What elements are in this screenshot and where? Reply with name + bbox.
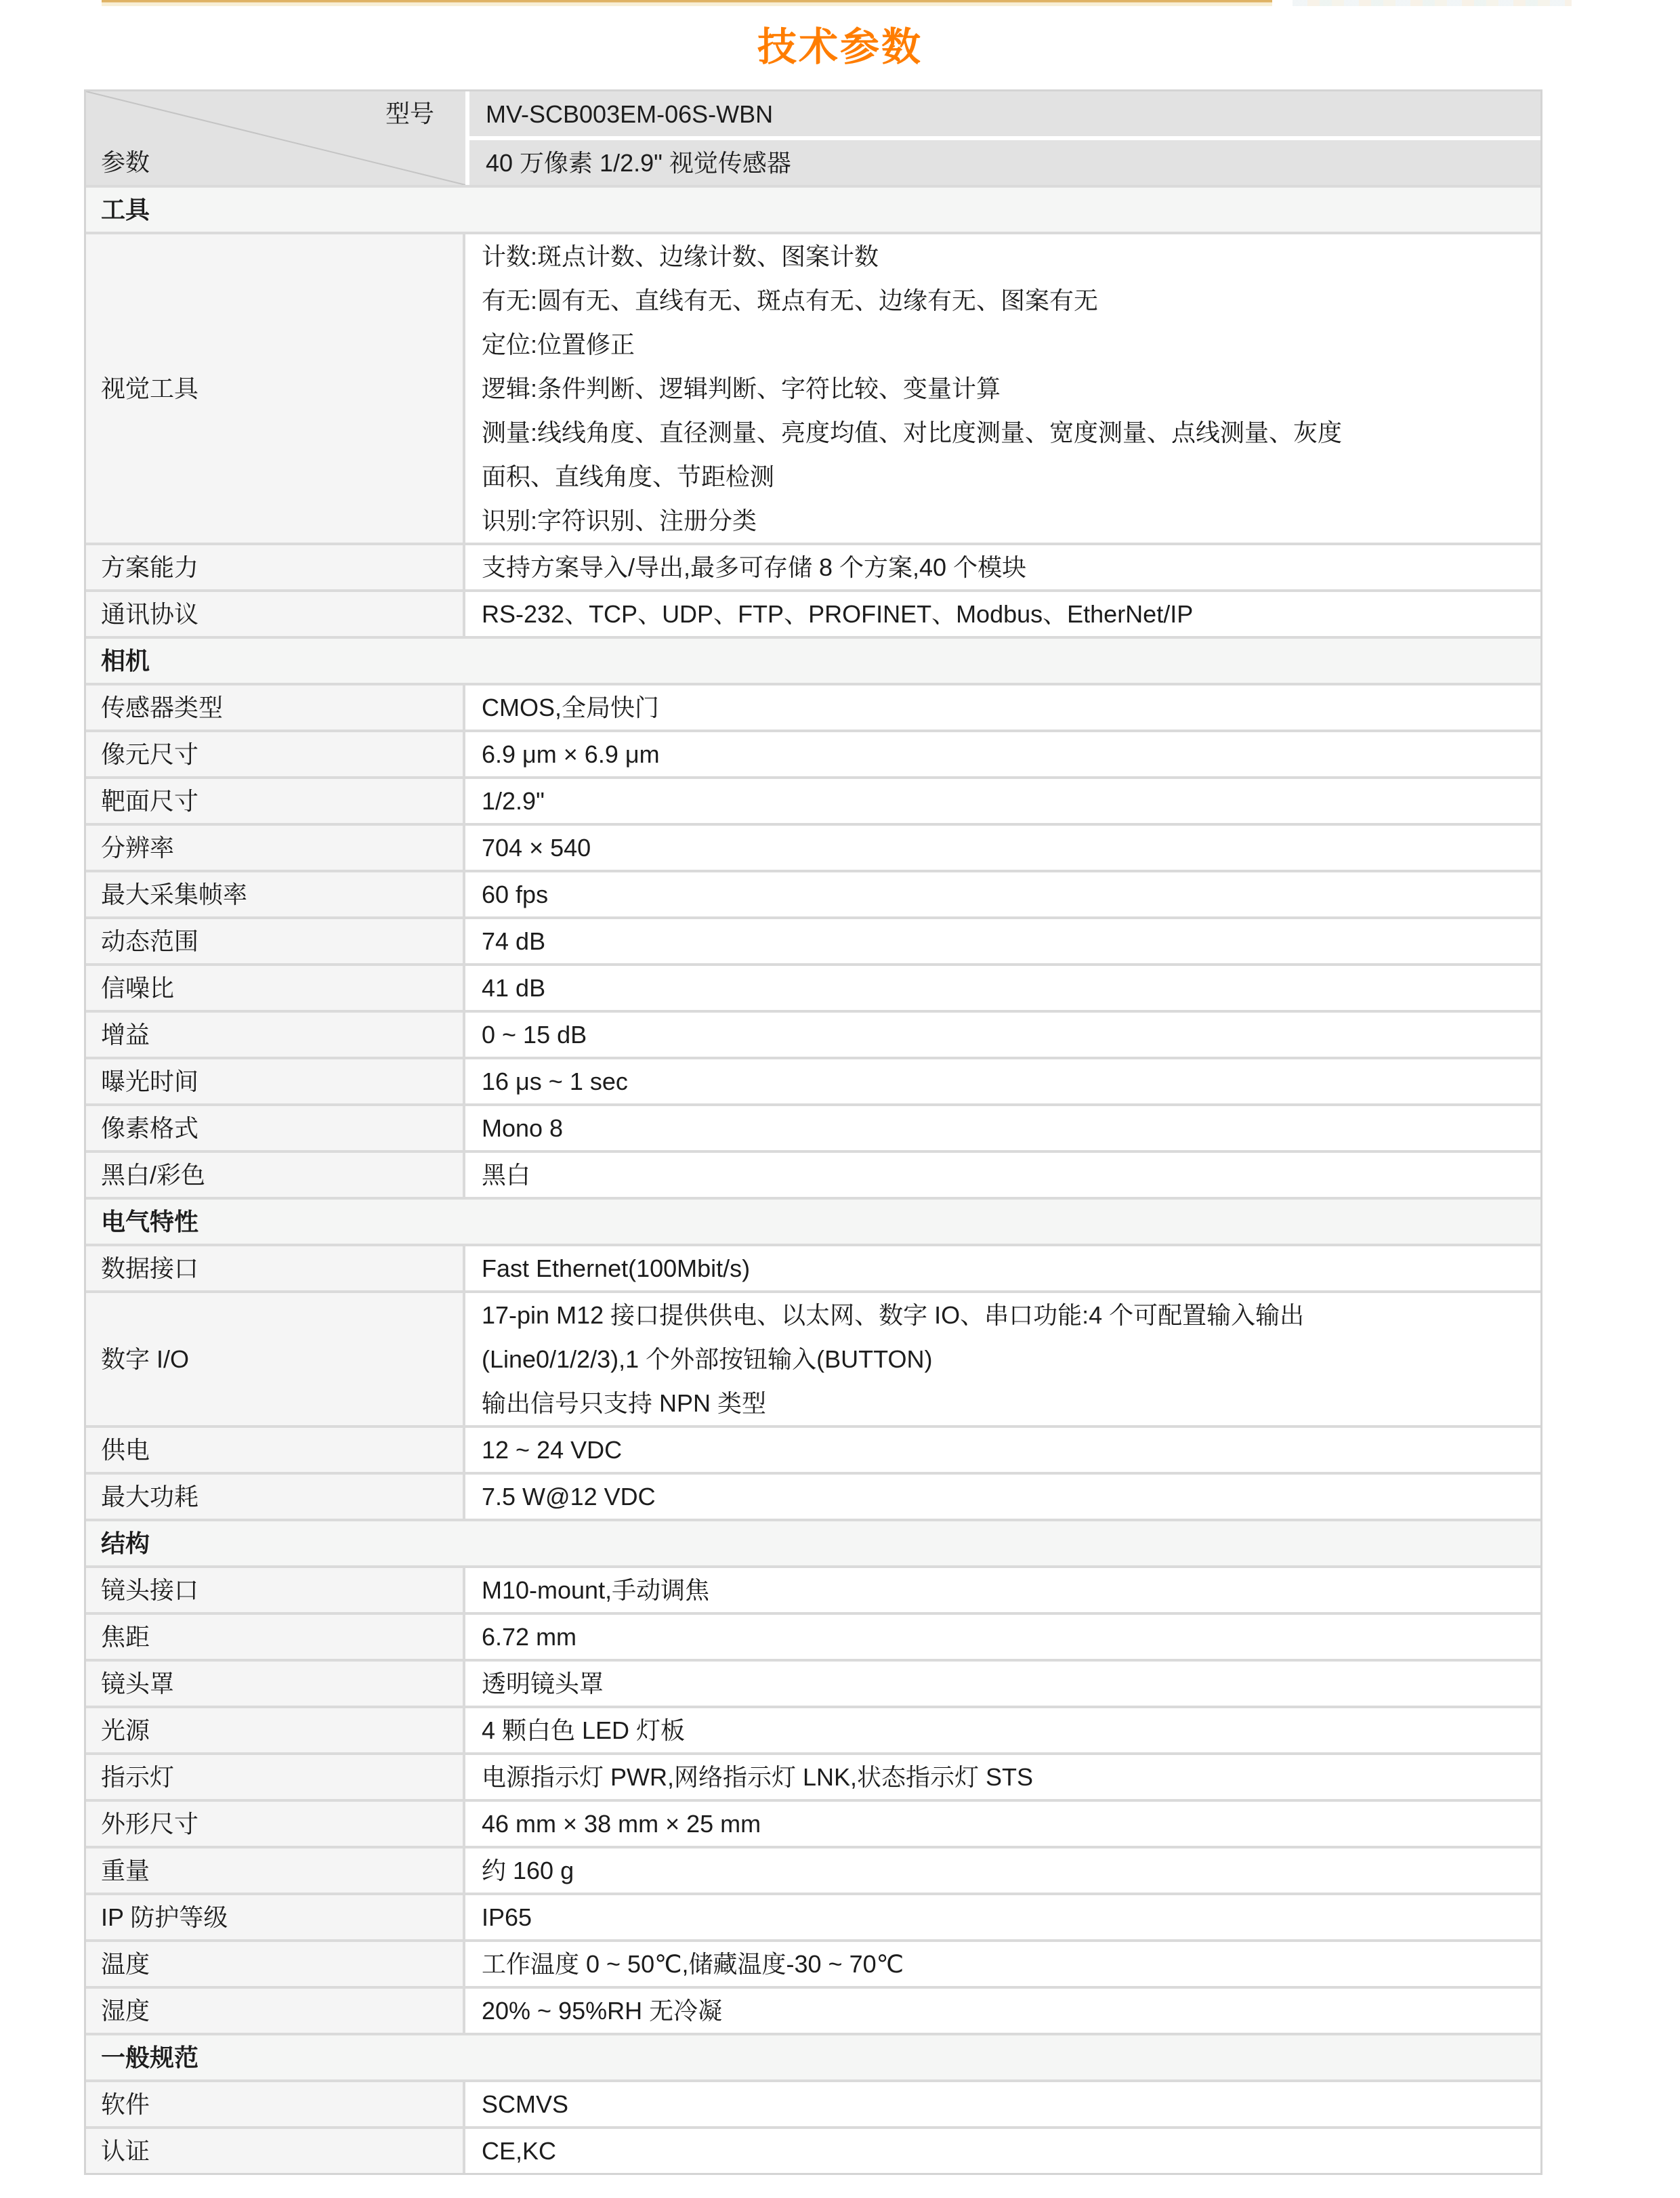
spec-value: 工作温度 0 ~ 50℃,储藏温度-30 ~ 70℃ <box>465 1942 1540 1986</box>
spec-value: 74 dB <box>465 919 1540 963</box>
spec-value: 41 dB <box>465 966 1540 1010</box>
table-row: 分辨率 704 × 540 <box>86 823 1540 870</box>
spec-label: 最大采集帧率 <box>86 872 465 916</box>
spec-label: 指示灯 <box>86 1755 465 1799</box>
spec-label: 曝光时间 <box>86 1059 465 1103</box>
table-row: 像元尺寸 6.9 μm × 6.9 μm <box>86 730 1540 776</box>
spec-table: 型号 参数 MV-SCB003EM-06S-WBN 40 万像素 1/2.9" … <box>84 89 1542 2175</box>
spec-value: 0 ~ 15 dB <box>465 1013 1540 1057</box>
spec-value: CE,KC <box>465 2129 1540 2173</box>
spec-value: 1/2.9" <box>465 779 1540 823</box>
section-header-electrical: 电气特性 <box>86 1197 1540 1244</box>
spec-value: M10-mount,手动调焦 <box>465 1568 1540 1612</box>
table-header: 型号 参数 MV-SCB003EM-06S-WBN 40 万像素 1/2.9" … <box>86 91 1540 185</box>
model-number: MV-SCB003EM-06S-WBN <box>469 91 1540 136</box>
spec-label: 传感器类型 <box>86 685 465 730</box>
section-header-camera: 相机 <box>86 636 1540 683</box>
spec-value: 704 × 540 <box>465 826 1540 870</box>
spec-label: 重量 <box>86 1848 465 1893</box>
spec-label: 软件 <box>86 2082 465 2126</box>
spec-value: 6.9 μm × 6.9 μm <box>465 732 1540 776</box>
table-row: 数据接口 Fast Ethernet(100Mbit/s) <box>86 1244 1540 1290</box>
spec-value: CMOS,全局快门 <box>465 685 1540 730</box>
table-row: 重量 约 160 g <box>86 1846 1540 1893</box>
table-row: 通讯协议 RS-232、TCP、UDP、FTP、PROFINET、Modbus、… <box>86 589 1540 636</box>
table-row: 湿度 20% ~ 95%RH 无冷凝 <box>86 1986 1540 2033</box>
table-row: 数字 I/O 17-pin M12 接口提供供电、以太网、数字 IO、串口功能:… <box>86 1290 1540 1425</box>
spec-label: 视觉工具 <box>86 234 465 543</box>
spec-label: 数据接口 <box>86 1246 465 1290</box>
header-diagonal-cell: 型号 参数 <box>86 91 465 185</box>
table-row: 曝光时间 16 μs ~ 1 sec <box>86 1057 1540 1103</box>
spec-value: 20% ~ 95%RH 无冷凝 <box>465 1989 1540 2033</box>
table-row: 最大功耗 7.5 W@12 VDC <box>86 1472 1540 1519</box>
page-title: 技术参数 <box>0 0 1680 72</box>
spec-label: 信噪比 <box>86 966 465 1010</box>
spec-value: 6.72 mm <box>465 1615 1540 1659</box>
top-banner-strip <box>102 0 1272 6</box>
table-row: 镜头罩 透明镜头罩 <box>86 1659 1540 1706</box>
spec-label: 分辨率 <box>86 826 465 870</box>
spec-label: 通讯协议 <box>86 592 465 636</box>
spec-value: 约 160 g <box>465 1848 1540 1893</box>
spec-value: 16 μs ~ 1 sec <box>465 1059 1540 1103</box>
spec-label: 像元尺寸 <box>86 732 465 776</box>
param-axis-label: 参数 <box>101 140 150 185</box>
spec-label: 增益 <box>86 1013 465 1057</box>
table-row: 认证 CE,KC <box>86 2126 1540 2173</box>
spec-value: 黑白 <box>465 1153 1540 1197</box>
spec-value: SCMVS <box>465 2082 1540 2126</box>
section-header-tools: 工具 <box>86 185 1540 232</box>
spec-label: 黑白/彩色 <box>86 1153 465 1197</box>
table-row: 焦距 6.72 mm <box>86 1612 1540 1659</box>
spec-label: 最大功耗 <box>86 1475 465 1519</box>
table-row: 最大采集帧率 60 fps <box>86 870 1540 916</box>
spec-label: 像素格式 <box>86 1106 465 1150</box>
model-description: 40 万像素 1/2.9" 视觉传感器 <box>469 140 1540 185</box>
table-row: 软件 SCMVS <box>86 2079 1540 2126</box>
table-row: 温度 工作温度 0 ~ 50℃,储藏温度-30 ~ 70℃ <box>86 1939 1540 1986</box>
spec-value: Mono 8 <box>465 1106 1540 1150</box>
table-row: 视觉工具 计数:斑点计数、边缘计数、图案计数 有无:圆有无、直线有无、斑点有无、… <box>86 232 1540 543</box>
spec-value: 7.5 W@12 VDC <box>465 1475 1540 1519</box>
spec-value: 12 ~ 24 VDC <box>465 1428 1540 1472</box>
spec-value: Fast Ethernet(100Mbit/s) <box>465 1246 1540 1290</box>
spec-label: IP 防护等级 <box>86 1895 465 1939</box>
section-header-structure: 结构 <box>86 1519 1540 1565</box>
spec-label: 光源 <box>86 1708 465 1752</box>
spec-label: 认证 <box>86 2129 465 2173</box>
spec-value: 17-pin M12 接口提供供电、以太网、数字 IO、串口功能:4 个可配置输… <box>465 1293 1540 1425</box>
spec-value: 透明镜头罩 <box>465 1662 1540 1706</box>
table-row: 镜头接口 M10-mount,手动调焦 <box>86 1565 1540 1612</box>
spec-value: 计数:斑点计数、边缘计数、图案计数 有无:圆有无、直线有无、斑点有无、边缘有无、… <box>465 234 1540 543</box>
spec-label: 镜头接口 <box>86 1568 465 1612</box>
spec-value: 4 颗白色 LED 灯板 <box>465 1708 1540 1752</box>
table-row: 光源 4 颗白色 LED 灯板 <box>86 1706 1540 1752</box>
table-row: 指示灯 电源指示灯 PWR,网络指示灯 LNK,状态指示灯 STS <box>86 1752 1540 1799</box>
table-row: 方案能力 支持方案导入/导出,最多可存储 8 个方案,40 个模块 <box>86 543 1540 589</box>
table-row: 增益 0 ~ 15 dB <box>86 1010 1540 1057</box>
spec-label: 湿度 <box>86 1989 465 2033</box>
spec-label: 数字 I/O <box>86 1293 465 1425</box>
section-header-general: 一般规范 <box>86 2033 1540 2079</box>
spec-label: 外形尺寸 <box>86 1802 465 1846</box>
spec-label: 供电 <box>86 1428 465 1472</box>
spec-label: 镜头罩 <box>86 1662 465 1706</box>
model-axis-label: 型号 <box>385 91 434 136</box>
spec-label: 温度 <box>86 1942 465 1986</box>
spec-value: 支持方案导入/导出,最多可存储 8 个方案,40 个模块 <box>465 545 1540 589</box>
table-row: 外形尺寸 46 mm × 38 mm × 25 mm <box>86 1799 1540 1846</box>
spec-value: IP65 <box>465 1895 1540 1939</box>
spec-label: 焦距 <box>86 1615 465 1659</box>
spec-value: RS-232、TCP、UDP、FTP、PROFINET、Modbus、Ether… <box>465 592 1540 636</box>
table-row: 靶面尺寸 1/2.9" <box>86 776 1540 823</box>
spec-value: 60 fps <box>465 872 1540 916</box>
spec-value: 电源指示灯 PWR,网络指示灯 LNK,状态指示灯 STS <box>465 1755 1540 1799</box>
table-row: 黑白/彩色 黑白 <box>86 1150 1540 1197</box>
table-row: 传感器类型 CMOS,全局快门 <box>86 683 1540 730</box>
spec-label: 靶面尺寸 <box>86 779 465 823</box>
spec-label: 方案能力 <box>86 545 465 589</box>
table-row: 像素格式 Mono 8 <box>86 1103 1540 1150</box>
table-row: 动态范围 74 dB <box>86 916 1540 963</box>
table-row: 信噪比 41 dB <box>86 963 1540 1010</box>
spec-label: 动态范围 <box>86 919 465 963</box>
spec-value: 46 mm × 38 mm × 25 mm <box>465 1802 1540 1846</box>
table-row: 供电 12 ~ 24 VDC <box>86 1425 1540 1472</box>
table-row: IP 防护等级 IP65 <box>86 1893 1540 1939</box>
top-banner-strip-right <box>1293 0 1572 6</box>
